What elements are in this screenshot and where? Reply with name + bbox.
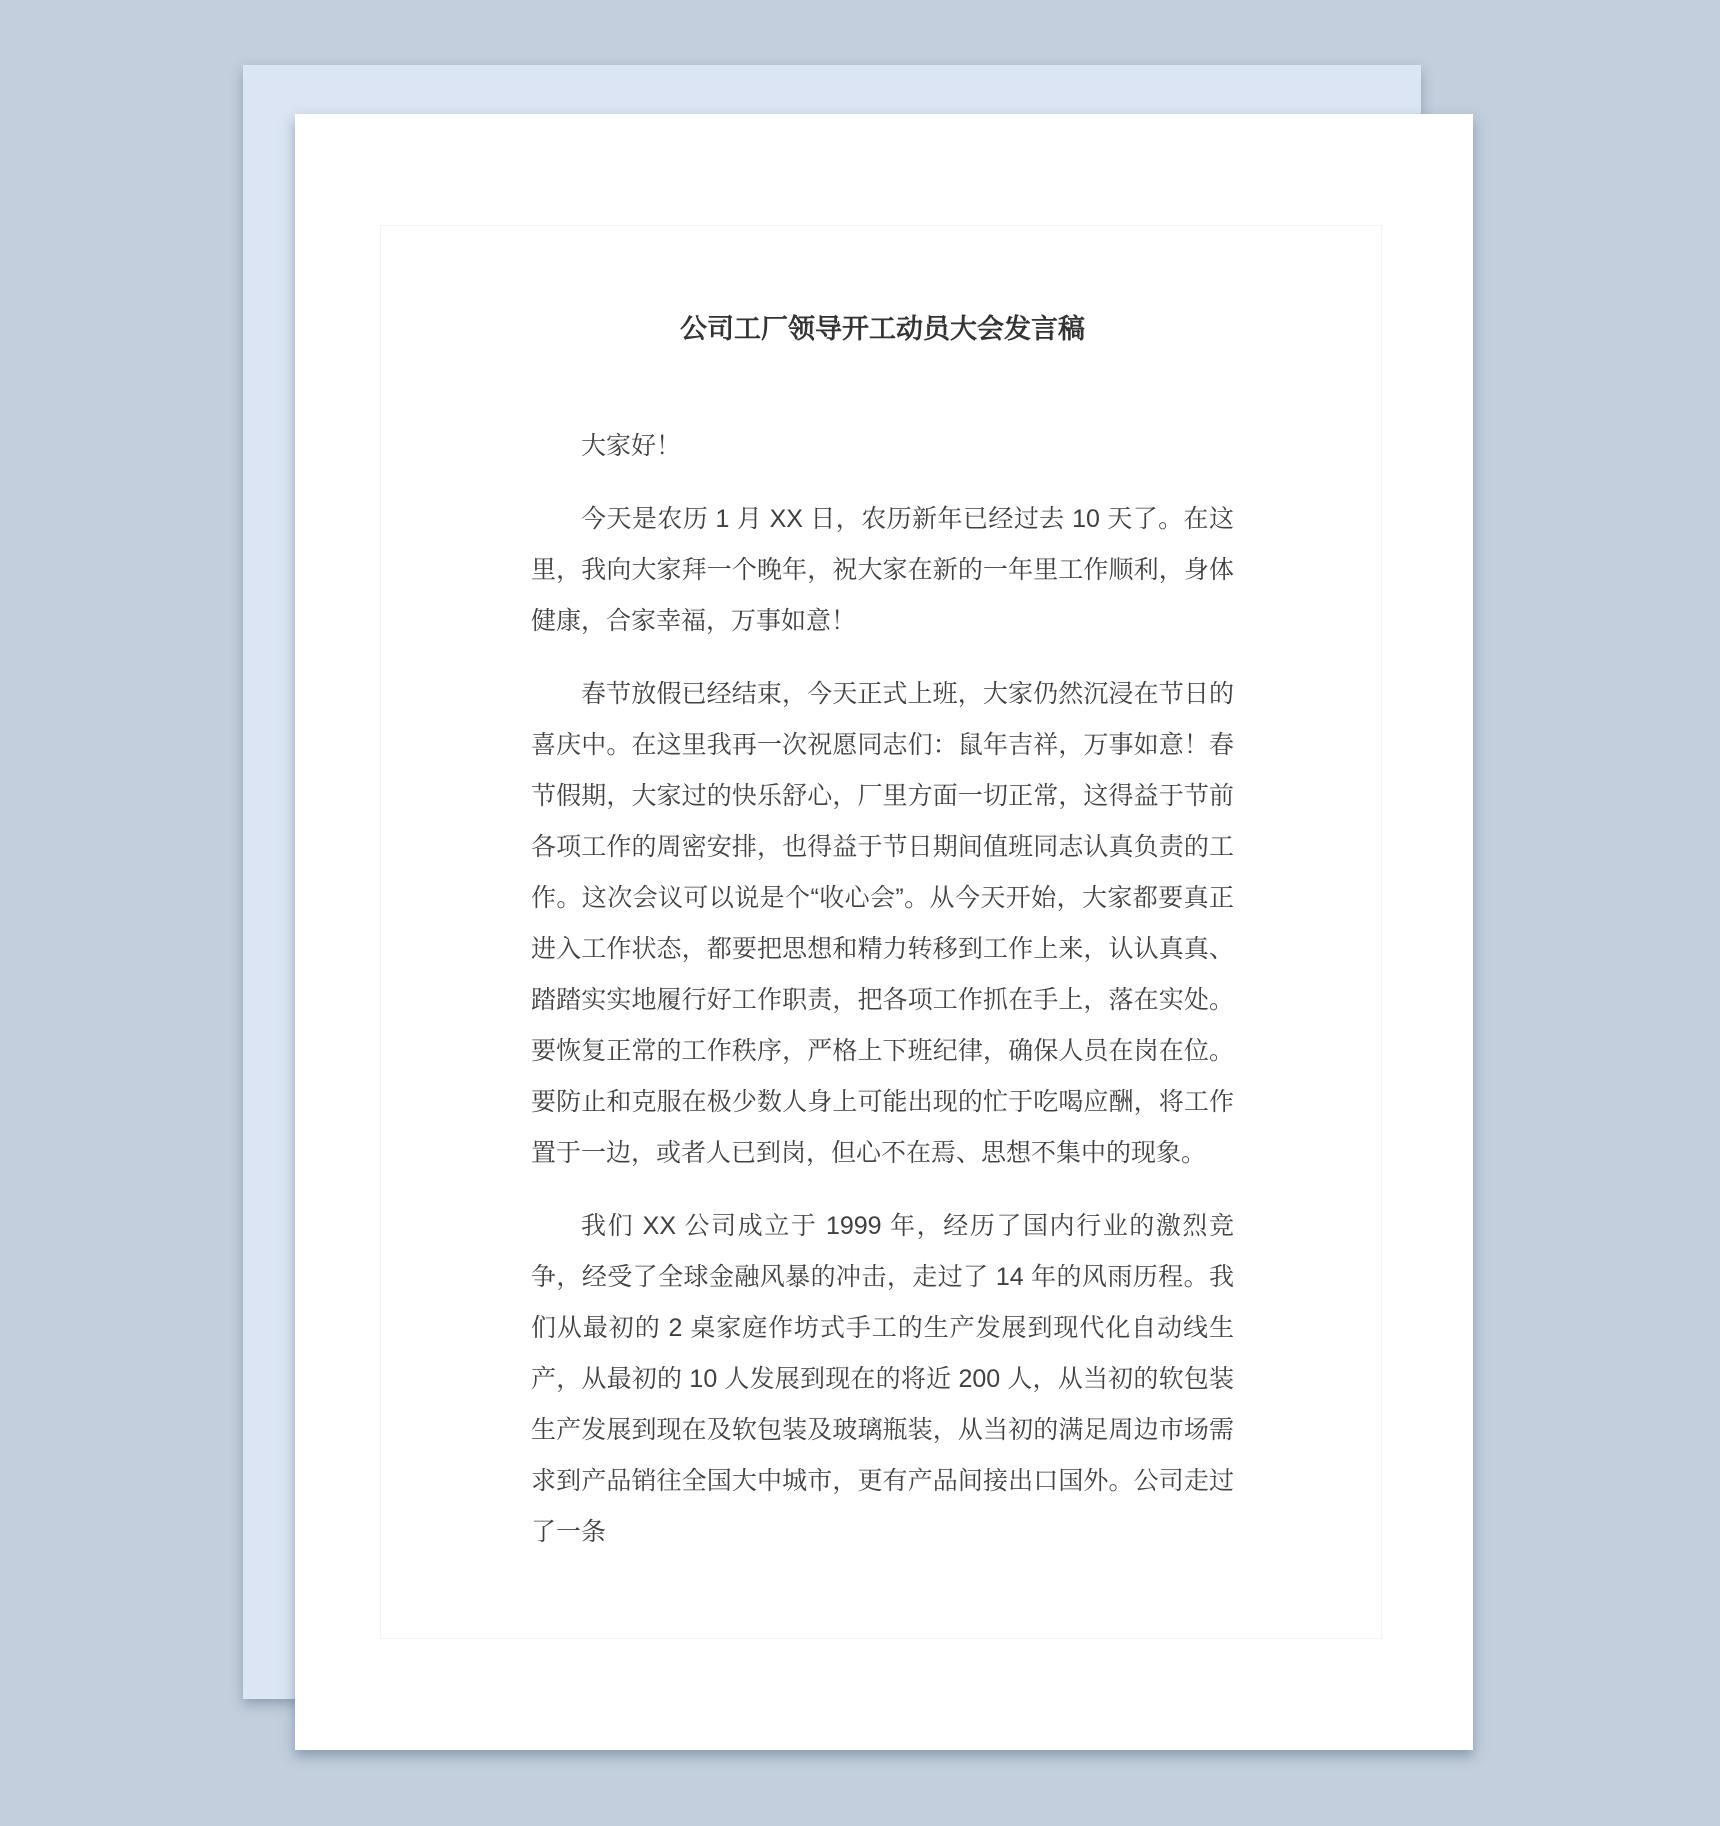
paragraph-back-to-work: 春节放假已经结束，今天正式上班，大家仍然沉浸在节日的喜庆中。在这里我再一次祝愿同… xyxy=(531,669,1234,1179)
paragraph-new-year-wishes: 今天是农历 1 月 XX 日，农历新年已经过去 10 天了。在这里，我向大家拜一… xyxy=(531,494,1234,647)
paragraph-company-history: 我们 XX 公司成立于 1999 年，经历了国内行业的激烈竞争，经受了全球金融风… xyxy=(531,1201,1234,1558)
content-frame: 公司工厂领导开工动员大会发言稿 大家好！ 今天是农历 1 月 XX 日，农历新年… xyxy=(380,225,1382,1639)
desktop-background: 公司工厂领导开工动员大会发言稿 大家好！ 今天是农历 1 月 XX 日，农历新年… xyxy=(0,0,1720,1826)
document-title: 公司工厂领导开工动员大会发言稿 xyxy=(531,304,1234,355)
paragraph-greeting: 大家好！ xyxy=(531,421,1234,472)
document-page: 公司工厂领导开工动员大会发言稿 大家好！ 今天是农历 1 月 XX 日，农历新年… xyxy=(295,114,1473,1750)
